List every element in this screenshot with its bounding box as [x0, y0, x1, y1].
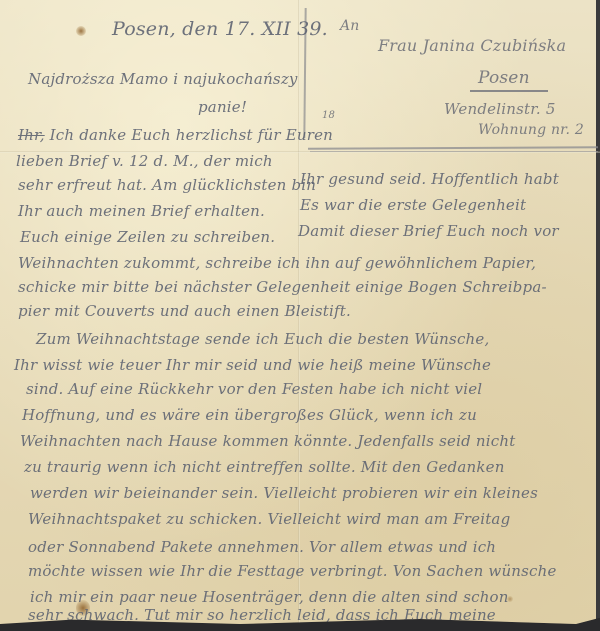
body-line: Ihr, Ich danke Euch herzlichst für Euren	[18, 126, 333, 144]
address-apartment: Wohnung nr. 2	[478, 122, 584, 138]
body-line-continuation: Es war die erste Gelegenheit	[300, 196, 526, 214]
body-line: sehr erfreut hat. Am glücklichsten bin	[18, 176, 316, 194]
address-box-border-bottom-inner	[310, 151, 598, 152]
place-date: Posen, den 17. XII 39.	[112, 18, 328, 40]
body-line-continuation: Damit dieser Brief Euch noch vor	[298, 222, 559, 240]
body-line: Ihr wisst wie teuer Ihr mir seid und wie…	[14, 356, 491, 374]
body-line: ich mir ein paar neue Hosenträger, denn …	[30, 588, 509, 606]
body-line: zu traurig wenn ich nicht eintreffen sol…	[24, 458, 505, 476]
body-line: Weihnachtspaket zu schicken. Vielleicht …	[28, 510, 510, 528]
body-line: Ihr auch meinen Brief erhalten.	[18, 202, 265, 220]
body-line: werden wir beieinander sein. Vielleicht …	[30, 484, 538, 502]
address-city: Posen	[470, 68, 548, 92]
body-line: sind. Auf eine Rückkehr vor den Festen h…	[26, 380, 482, 398]
body-line-continuation: Ihr gesund seid. Hoffentlich habt	[300, 170, 559, 188]
body-line: möchte wissen wie Ihr die Festtage verbr…	[28, 562, 557, 580]
body-line: Weihnachten nach Hause kommen könnte. Je…	[20, 432, 515, 450]
salutation-line2: panie!	[198, 98, 247, 116]
address-box-border-bottom	[308, 146, 598, 150]
letter-sheet: Posen, den 17. XII 39. An Frau Janina Cz…	[0, 0, 600, 624]
body-line: oder Sonnabend Pakete annehmen. Vor alle…	[28, 538, 496, 556]
body-line: Weihnachten zukommt, schreibe ich ihn au…	[18, 254, 536, 272]
body-line: Hoffnung, und es wäre ein übergroßes Glü…	[22, 406, 477, 424]
struck-word: Ihr,	[18, 126, 45, 144]
body-line: lieben Brief v. 12 d. M., der mich	[16, 152, 273, 170]
address-recipient: Frau Janina Czubińska	[378, 36, 566, 55]
body-line: pier mit Couverts und auch einen Bleisti…	[18, 302, 351, 320]
salutation-line1: Najdroższa Mamo i najukochańszy	[28, 70, 298, 88]
ink-stain	[76, 26, 86, 36]
body-line: schicke mir bitte bei nächster Gelegenhe…	[18, 278, 547, 296]
body-line: Euch einige Zeilen zu schreiben.	[20, 228, 275, 246]
address-street: Wendelinstr. 5	[444, 100, 556, 118]
corner-mark: 18	[322, 110, 335, 121]
address-prefix: An	[340, 18, 360, 34]
body-line: sehr schwach. Tut mir so herzlich leid, …	[28, 606, 496, 624]
body-line: Zum Weihnachtstage sende ich Euch die be…	[36, 330, 489, 348]
